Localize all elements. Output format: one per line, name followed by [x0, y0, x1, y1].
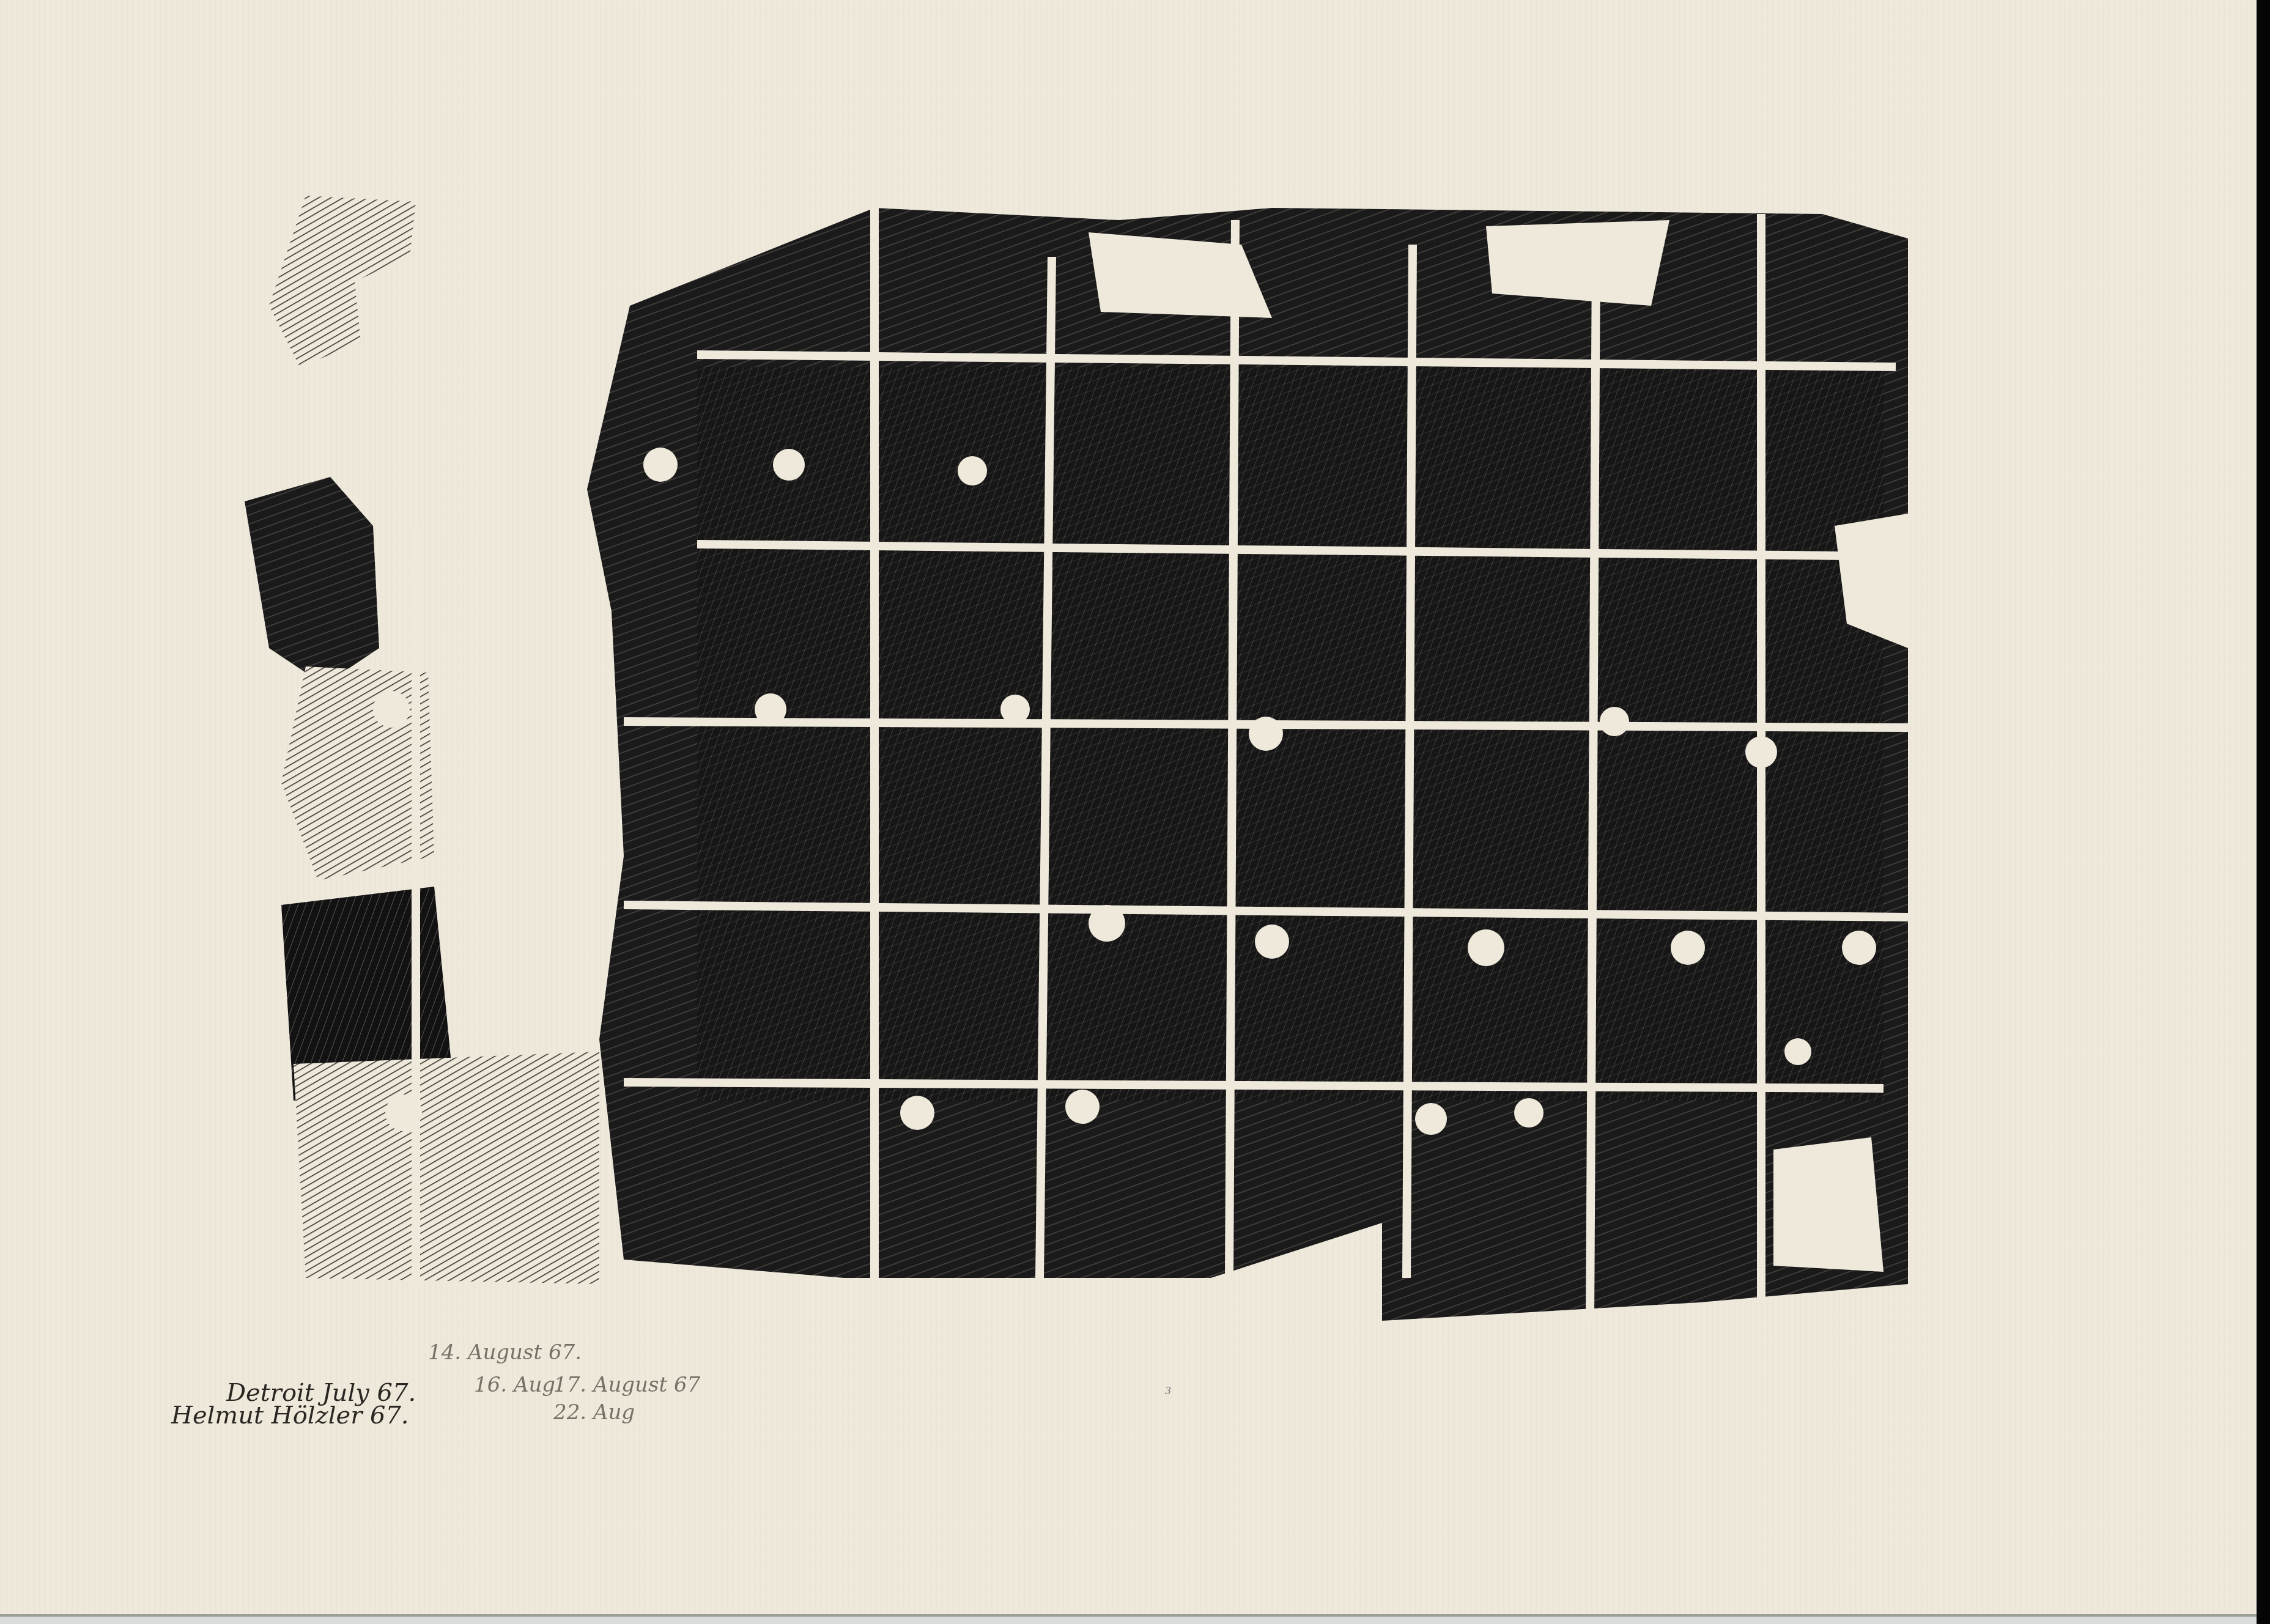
hatched-grid-artwork: [232, 183, 1994, 1327]
date-note-2: 16. Aug.: [474, 1373, 562, 1397]
scan-border-right: [2257, 0, 2270, 1624]
pencil-mark: 3: [1165, 1385, 1171, 1397]
scan-border-bottom: [0, 1614, 2257, 1624]
signature-artist-name: Helmut Hölzler 67.: [171, 1401, 409, 1430]
date-note-1: 14. August 67.: [428, 1340, 582, 1365]
date-note-4: 22. Aug: [553, 1400, 635, 1425]
date-note-3: 17. August 67: [553, 1373, 700, 1397]
ink-drawing: [232, 183, 1994, 1327]
